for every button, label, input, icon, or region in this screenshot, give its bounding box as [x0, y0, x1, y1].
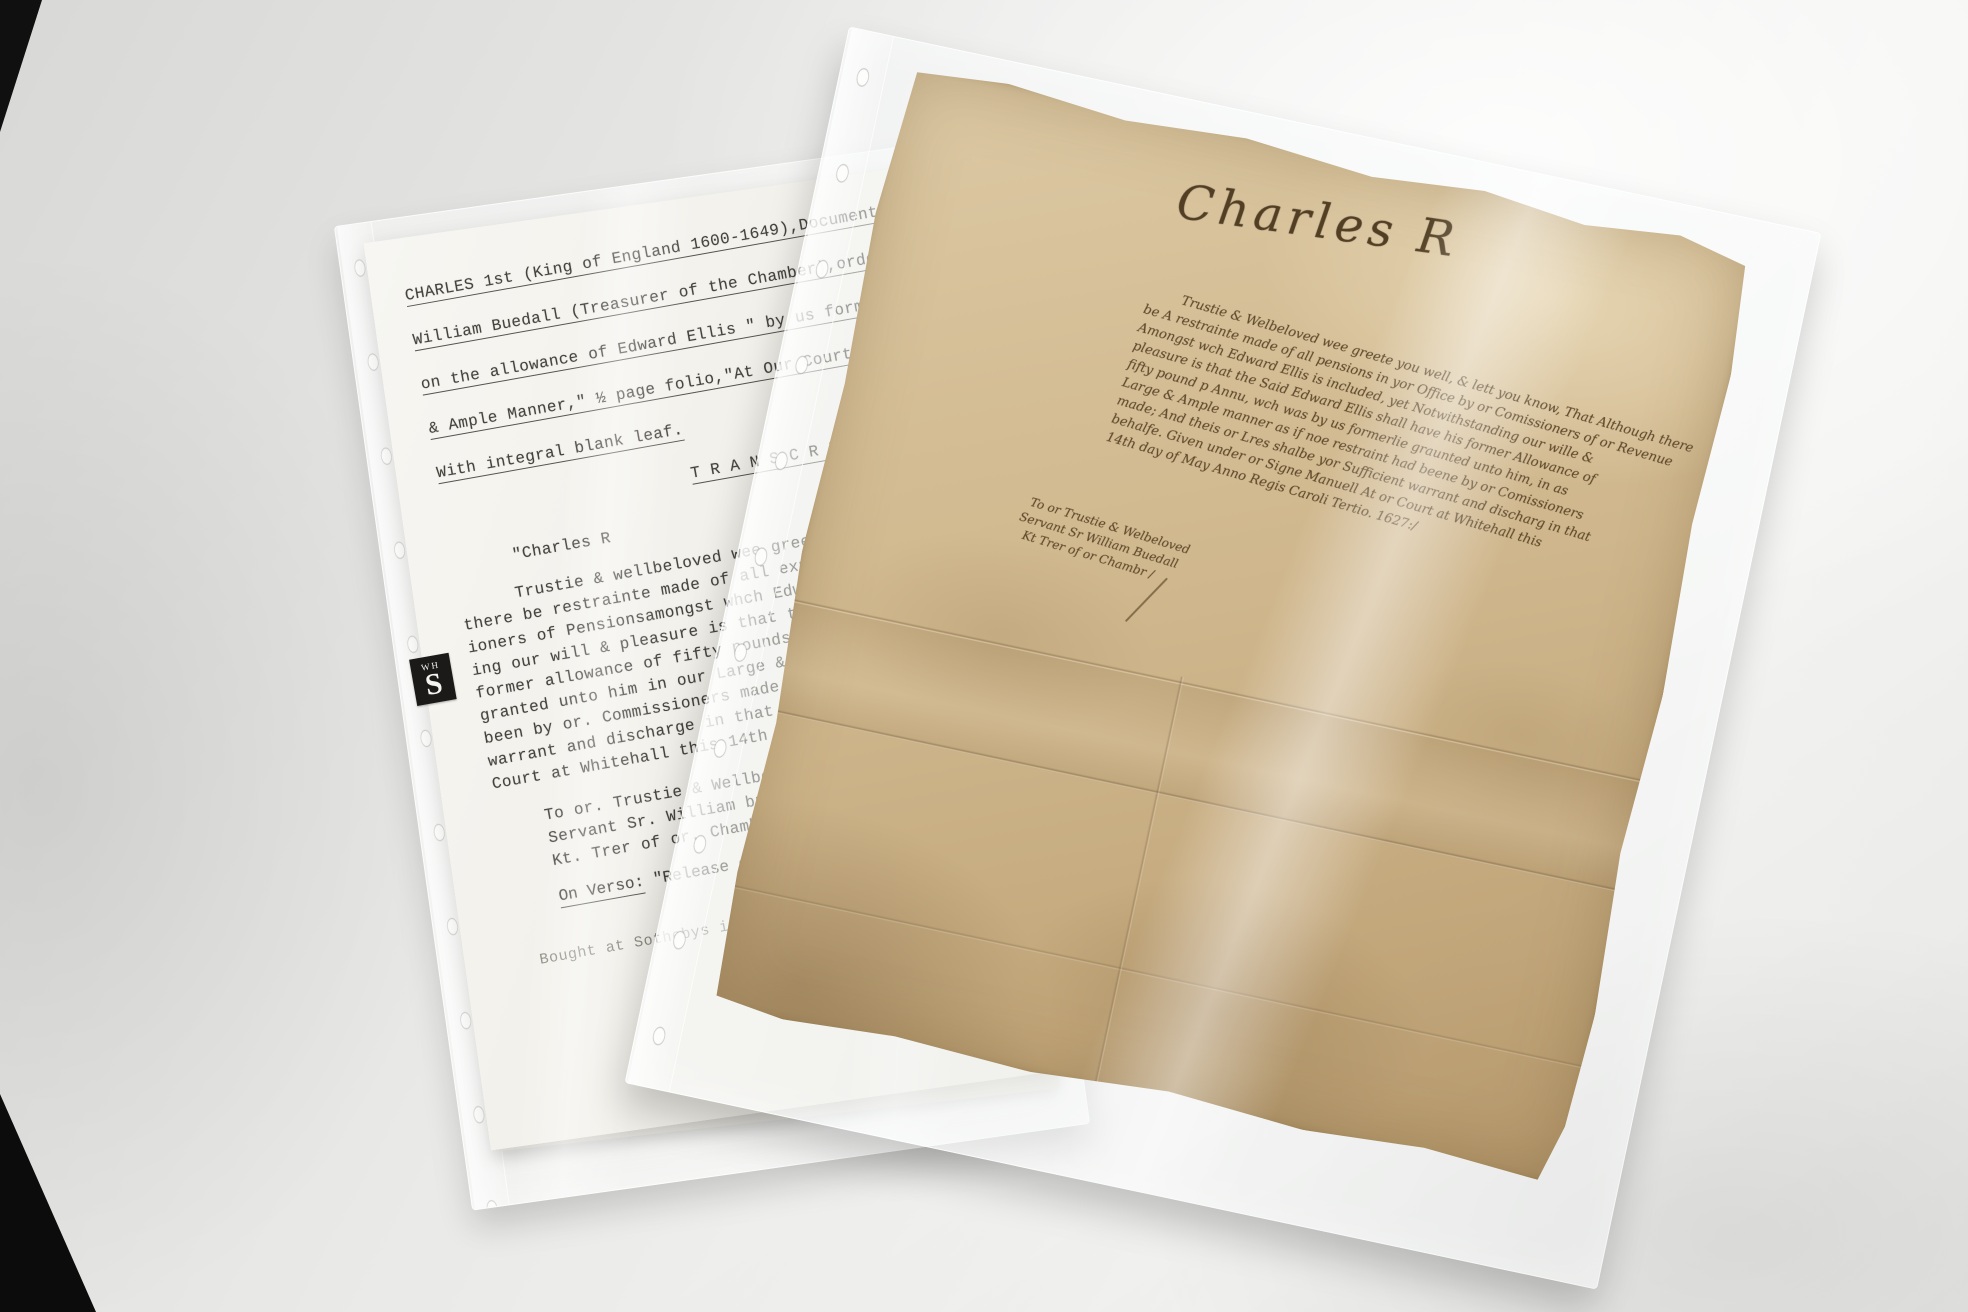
whsmith-logo-s: S [423, 668, 445, 700]
fold-crease [768, 708, 1622, 893]
fold-shading [768, 602, 1644, 893]
fold-crease [730, 884, 1584, 1069]
fold-crease-vertical [1093, 677, 1184, 1087]
whsmith-logo: WH S [409, 653, 457, 706]
charles-r-signature: Charles R [1173, 174, 1462, 269]
fold-crease [791, 598, 1645, 783]
background-corner-top-left [0, 0, 42, 132]
verso-label: On Verso: [557, 873, 646, 909]
address-flourish-stroke [1125, 578, 1168, 623]
manuscript-parchment-page: Charles R Trustie & Welbeloved wee greet… [706, 62, 1759, 1184]
background-corner-bottom-left [0, 1094, 96, 1312]
manuscript-body: Trustie & Welbeloved wee greete you well… [1104, 282, 1714, 610]
